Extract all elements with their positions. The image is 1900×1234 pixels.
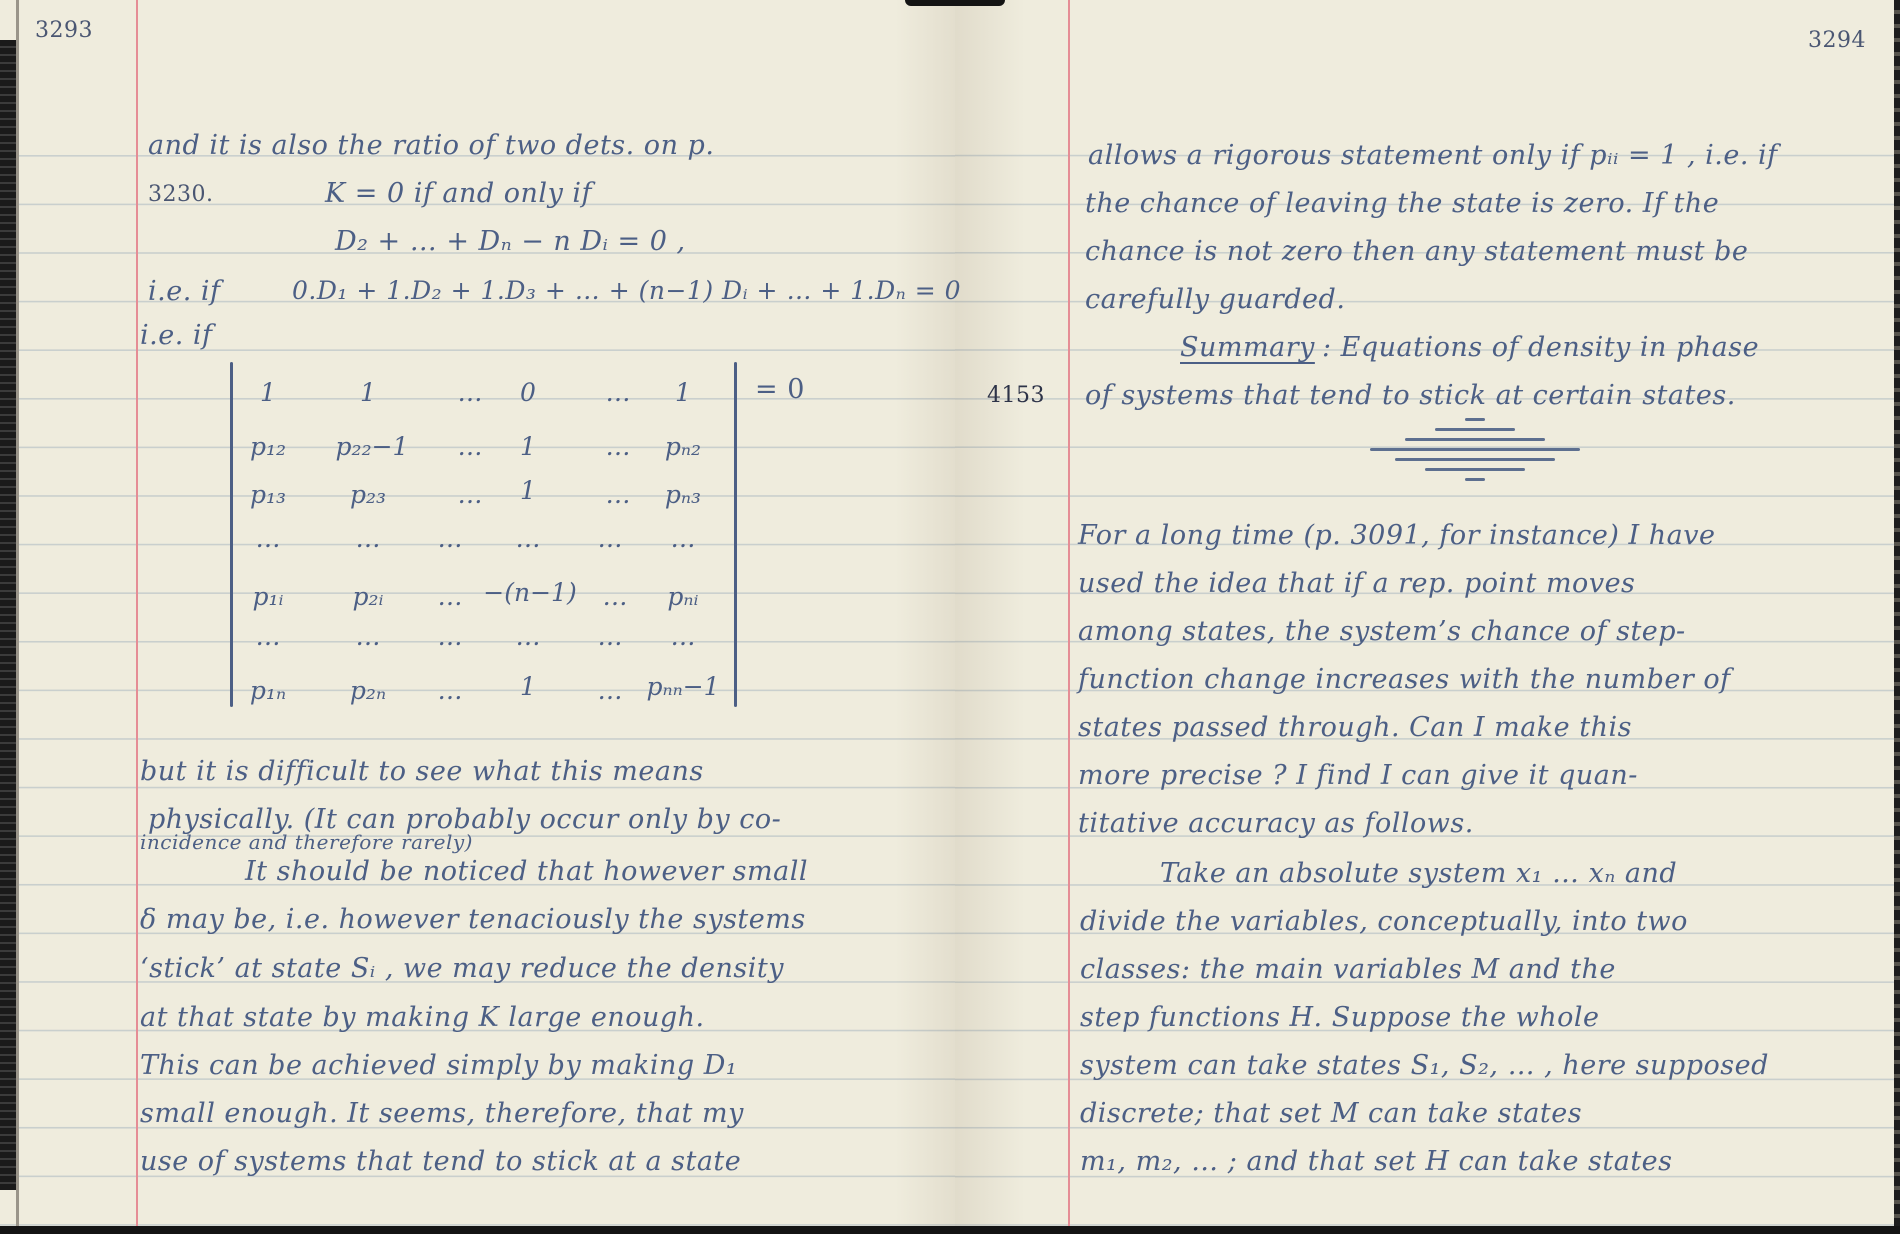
text-line: δ may be, i.e. however tenaciously the s… [140, 906, 806, 933]
det-cell: … [603, 582, 628, 611]
det-cell: … [671, 524, 696, 553]
det-cell: 0 [520, 378, 536, 407]
left-margin-rule [136, 0, 138, 1226]
det-cell: … [458, 378, 483, 407]
det-cell: … [256, 524, 281, 553]
text-line: allows a rigorous statement only if pᵢᵢ … [1088, 142, 1778, 169]
det-cell: 1 [675, 378, 691, 407]
text-line: i.e. if [140, 322, 213, 349]
text-line: carefully guarded. [1085, 286, 1345, 313]
text-line: Take an absolute system x₁ … xₙ and [1160, 860, 1677, 887]
det-cell: 1 [520, 672, 536, 701]
text-line: This can be achieved simply by making D₁ [140, 1052, 737, 1079]
text-line: titative accuracy as follows. [1078, 810, 1474, 837]
right-page [955, 0, 1900, 1226]
det-cell: 1 [360, 378, 376, 407]
det-cell: … [606, 432, 631, 461]
text-line: more precise ? I find I can give it quan… [1078, 762, 1638, 789]
text-line: K = 0 if and only if [325, 180, 592, 207]
det-cell: 1 [260, 378, 276, 407]
text-line: the chance of leaving the state is zero.… [1085, 190, 1719, 217]
determinant-right-bar [734, 362, 737, 707]
page-edge [16, 0, 19, 1226]
text-line: used the idea that if a rep. point moves [1078, 570, 1635, 597]
text-line: states passed through. Can I make this [1078, 714, 1632, 741]
text-line: step functions H. Suppose the whole [1080, 1004, 1600, 1031]
spine-top [905, 0, 1005, 6]
text-line: and it is also the ratio of two dets. on… [148, 132, 714, 159]
page-number-left: 3293 [35, 20, 93, 42]
det-cell: … [606, 480, 631, 509]
det-cell: p₂ᵢ [352, 582, 383, 611]
text-line: use of systems that tend to stick at a s… [140, 1148, 741, 1175]
det-cell: … [438, 676, 463, 705]
det-cell: p₂₂−1 [336, 432, 409, 461]
det-cell: … [598, 622, 623, 651]
det-cell: … [356, 622, 381, 651]
text-line: m₁, m₂, … ; and that set H can take stat… [1080, 1148, 1673, 1175]
det-cell: p₁ₙ [250, 676, 286, 705]
page-stack-edge [1894, 0, 1900, 1226]
interlinear-insert: incidence and therefore rarely) [140, 832, 473, 852]
text-line: at that state by making K large enough. [140, 1004, 705, 1031]
text-line: It should be noticed that however small [245, 858, 808, 885]
text-line: ‘stick’ at state Sᵢ , we may reduce the … [140, 955, 784, 982]
gutter-shadow [955, 0, 1025, 1226]
det-cell: … [516, 622, 541, 651]
binding-stitch [0, 40, 16, 1190]
det-cell: p₂₃ [350, 480, 386, 509]
page-reference: 3230. [148, 184, 213, 206]
det-cell: … [458, 480, 483, 509]
det-cell: p₂ₙ [350, 676, 386, 705]
det-cell: pₙₙ−1 [646, 672, 719, 701]
det-cell: pₙ₂ [665, 432, 701, 461]
text-line: discrete; that set M can take states [1080, 1100, 1582, 1127]
det-cell: … [606, 378, 631, 407]
text-line: system can take states S₁, S₂, … , here … [1080, 1052, 1769, 1079]
summary-text: of systems that tend to stick at certain… [1085, 382, 1736, 409]
text-line: function change increases with the numbe… [1078, 666, 1731, 693]
text-line: divide the variables, conceptually, into… [1080, 908, 1688, 935]
text-line: among states, the system’s chance of ste… [1078, 618, 1686, 645]
det-cell: 1 [520, 432, 536, 461]
gutter-shadow [895, 0, 955, 1226]
text-line: small enough. It seems, therefore, that … [140, 1100, 744, 1127]
text-line: i.e. if [148, 278, 221, 305]
det-cell: … [356, 524, 381, 553]
det-cell: p₁ᵢ [252, 582, 283, 611]
section-divider-ornament [1365, 418, 1585, 488]
text-line: but it is difficult to see what this mea… [140, 758, 704, 785]
text-line: physically. (It can probably occur only … [148, 806, 781, 833]
det-cell: … [516, 524, 541, 553]
equation: D₂ + … + Dₙ − n Dᵢ = 0 , [335, 228, 686, 255]
determinant-left-bar [230, 362, 233, 707]
text-line: For a long time (p. 3091, for instance) … [1078, 522, 1715, 549]
det-cell: … [458, 432, 483, 461]
det-cell: … [598, 676, 623, 705]
det-cell: … [256, 622, 281, 651]
page-number-right: 3294 [1808, 30, 1866, 52]
summary-label: Summary [1180, 334, 1315, 361]
determinant-equals: = 0 [755, 376, 805, 403]
summary-index-number: 4153 [987, 385, 1045, 407]
det-cell: p₁₃ [250, 480, 286, 509]
det-cell: p₁₂ [250, 432, 286, 461]
right-margin-rule [1068, 0, 1070, 1226]
det-cell: 1 [520, 476, 536, 505]
det-cell: … [438, 582, 463, 611]
equation: 0.D₁ + 1.D₂ + 1.D₃ + … + (n−1) Dᵢ + … + … [292, 278, 961, 303]
det-cell: pₙᵢ [667, 582, 698, 611]
notebook-spread: 3293 and it is also the ratio of two det… [0, 0, 1900, 1234]
det-cell: −(n−1) [483, 578, 576, 607]
text-line: chance is not zero then any statement mu… [1085, 238, 1748, 265]
det-cell: … [598, 524, 623, 553]
summary-text: : Equations of density in phase [1322, 334, 1759, 361]
det-cell: … [671, 622, 696, 651]
text-line: classes: the main variables M and the [1080, 956, 1616, 983]
bottom-edge [0, 1226, 1900, 1234]
det-cell: pₙ₃ [665, 480, 701, 509]
det-cell: … [438, 622, 463, 651]
det-cell: … [438, 524, 463, 553]
